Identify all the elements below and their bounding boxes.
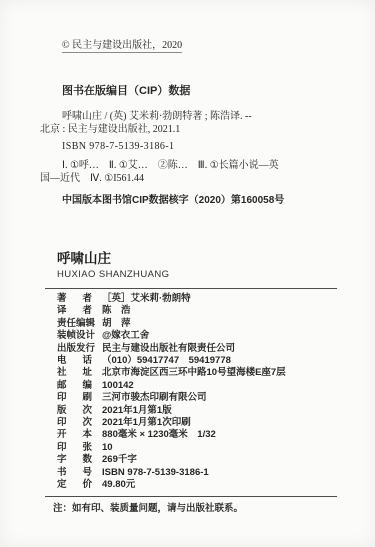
colophon-row-value: 陈 浩 bbox=[102, 305, 131, 316]
copyright-line: © 民主与建设出版社，2020 bbox=[62, 40, 337, 52]
cip-class-line1: Ⅰ. ①呼… Ⅱ. ①艾… ②陈… Ⅲ. ①长篇小说—英 bbox=[40, 159, 345, 172]
colophon-row-value: 民主与建设出版社有限责任公司 bbox=[102, 343, 235, 354]
colophon-row: 出版发行民主与建设出版社有限责任公司 bbox=[57, 343, 345, 355]
colophon-row-value: ［英］艾米莉·勃朗特 bbox=[102, 293, 191, 304]
colophon-row: 定 价49.80元 bbox=[57, 479, 345, 491]
colophon-row: 译 者陈 浩 bbox=[57, 305, 345, 317]
colophon-row: 字 数269千字 bbox=[57, 454, 345, 466]
cip-class-line2: 国—近代 Ⅳ. ①I561.44 bbox=[40, 172, 345, 185]
colophon-row-value: 10 bbox=[102, 442, 113, 453]
colophon-row-label: 印 次 bbox=[57, 417, 92, 429]
book-copyright-page: © 民主与建设出版社，2020 图书在版编目（CIP）数据 呼啸山庄 / (英)… bbox=[0, 40, 375, 515]
colophon-row: 著 者［英］艾米莉·勃朗特 bbox=[57, 293, 345, 305]
colophon-row-label: 出版发行 bbox=[57, 343, 92, 355]
colophon-row-value: 100142 bbox=[102, 380, 134, 391]
colophon-row-value: 880毫米 × 1230毫米 1/32 bbox=[102, 429, 216, 440]
colophon-row: 印 次2021年1月第1次印刷 bbox=[57, 417, 345, 429]
colophon-row-label: 版 次 bbox=[57, 405, 92, 417]
colophon-row: 装帧设计@嫁衣工舍 bbox=[57, 330, 345, 342]
quality-note: 注：如有印、装质量问题，请与出版社联系。 bbox=[53, 503, 345, 515]
cip-record-number: 中国版本图书馆CIP数据核字（2020）第160058号 bbox=[62, 194, 345, 207]
colophon-row: 印 刷三河市骏杰印刷有限公司 bbox=[57, 392, 345, 404]
colophon-row-label: 责任编辑 bbox=[57, 318, 92, 330]
copyright-text: © 民主与建设出版社，2020 bbox=[62, 40, 182, 53]
colophon-row: 书 号ISBN 978-7-5139-3186-1 bbox=[57, 467, 345, 479]
colophon-row: 电 话（010）59417747 59419778 bbox=[57, 355, 345, 367]
cip-classification: Ⅰ. ①呼… Ⅱ. ①艾… ②陈… Ⅲ. ①长篇小说—英 国—近代 Ⅳ. ①I5… bbox=[40, 159, 345, 185]
colophon-row-label: 著 者 bbox=[57, 293, 92, 305]
colophon-row: 责任编辑胡 萍 bbox=[57, 318, 345, 330]
colophon-row-label: 字 数 bbox=[57, 454, 92, 466]
colophon-row-value: 2021年1月第1次印刷 bbox=[102, 417, 191, 428]
colophon-row-value: 三河市骏杰印刷有限公司 bbox=[102, 392, 207, 403]
colophon-row-value: 2021年1月第1版 bbox=[102, 405, 172, 416]
book-title: 呼啸山庄 bbox=[57, 251, 337, 266]
colophon-row-value: 49.80元 bbox=[102, 479, 135, 490]
colophon-row-label: 译 者 bbox=[57, 305, 92, 317]
colophon-row-label: 印 张 bbox=[57, 442, 92, 454]
colophon-row-value: ISBN 978-7-5139-3186-1 bbox=[102, 467, 209, 478]
colophon-row: 邮 编100142 bbox=[57, 380, 345, 392]
cip-title-line2: 北京 : 民主与建设出版社, 2021.1 bbox=[40, 123, 345, 136]
colophon-row-label: 定 价 bbox=[57, 479, 92, 491]
cip-isbn: ISBN 978-7-5139-3186-1 bbox=[62, 140, 345, 153]
colophon-row-label: 电 话 bbox=[57, 355, 92, 367]
divider-bottom bbox=[45, 496, 337, 497]
colophon-row-value: 胡 萍 bbox=[102, 318, 131, 329]
colophon-table: 著 者［英］艾米莉·勃朗特 译 者陈 浩 责任编辑胡 萍 装帧设计@嫁衣工舍 出… bbox=[57, 293, 345, 492]
colophon-row-label: 开 本 bbox=[57, 429, 92, 441]
divider-top bbox=[45, 288, 337, 289]
colophon-row: 社 址北京市海淀区西三环中路10号望海楼E座7层 bbox=[57, 367, 345, 379]
colophon-row-label: 邮 编 bbox=[57, 380, 92, 392]
colophon-row-label: 装帧设计 bbox=[57, 330, 92, 342]
colophon-row-value: @嫁衣工舍 bbox=[102, 330, 149, 341]
colophon-row: 版 次2021年1月第1版 bbox=[57, 405, 345, 417]
colophon-row-label: 书 号 bbox=[57, 467, 92, 479]
colophon-row-label: 社 址 bbox=[57, 367, 92, 379]
book-title-pinyin: HUXIAO SHANZHUANG bbox=[57, 269, 337, 280]
colophon-row: 印 张10 bbox=[57, 442, 345, 454]
colophon-row: 开 本880毫米 × 1230毫米 1/32 bbox=[57, 429, 345, 441]
colophon-row-label: 印 刷 bbox=[57, 392, 92, 404]
cip-heading: 图书在版编目（CIP）数据 bbox=[62, 85, 337, 98]
colophon-row-value: 269千字 bbox=[102, 454, 137, 465]
cip-title-statement: 呼啸山庄 / (英) 艾米莉·勃朗特著 ; 陈浩译. -- 北京 : 民主与建设… bbox=[40, 110, 345, 136]
colophon-row-value: 北京市海淀区西三环中路10号望海楼E座7层 bbox=[102, 367, 286, 378]
colophon-row-value: （010）59417747 59419778 bbox=[102, 355, 231, 366]
cip-title-line1: 呼啸山庄 / (英) 艾米莉·勃朗特著 ; 陈浩译. -- bbox=[40, 110, 345, 123]
